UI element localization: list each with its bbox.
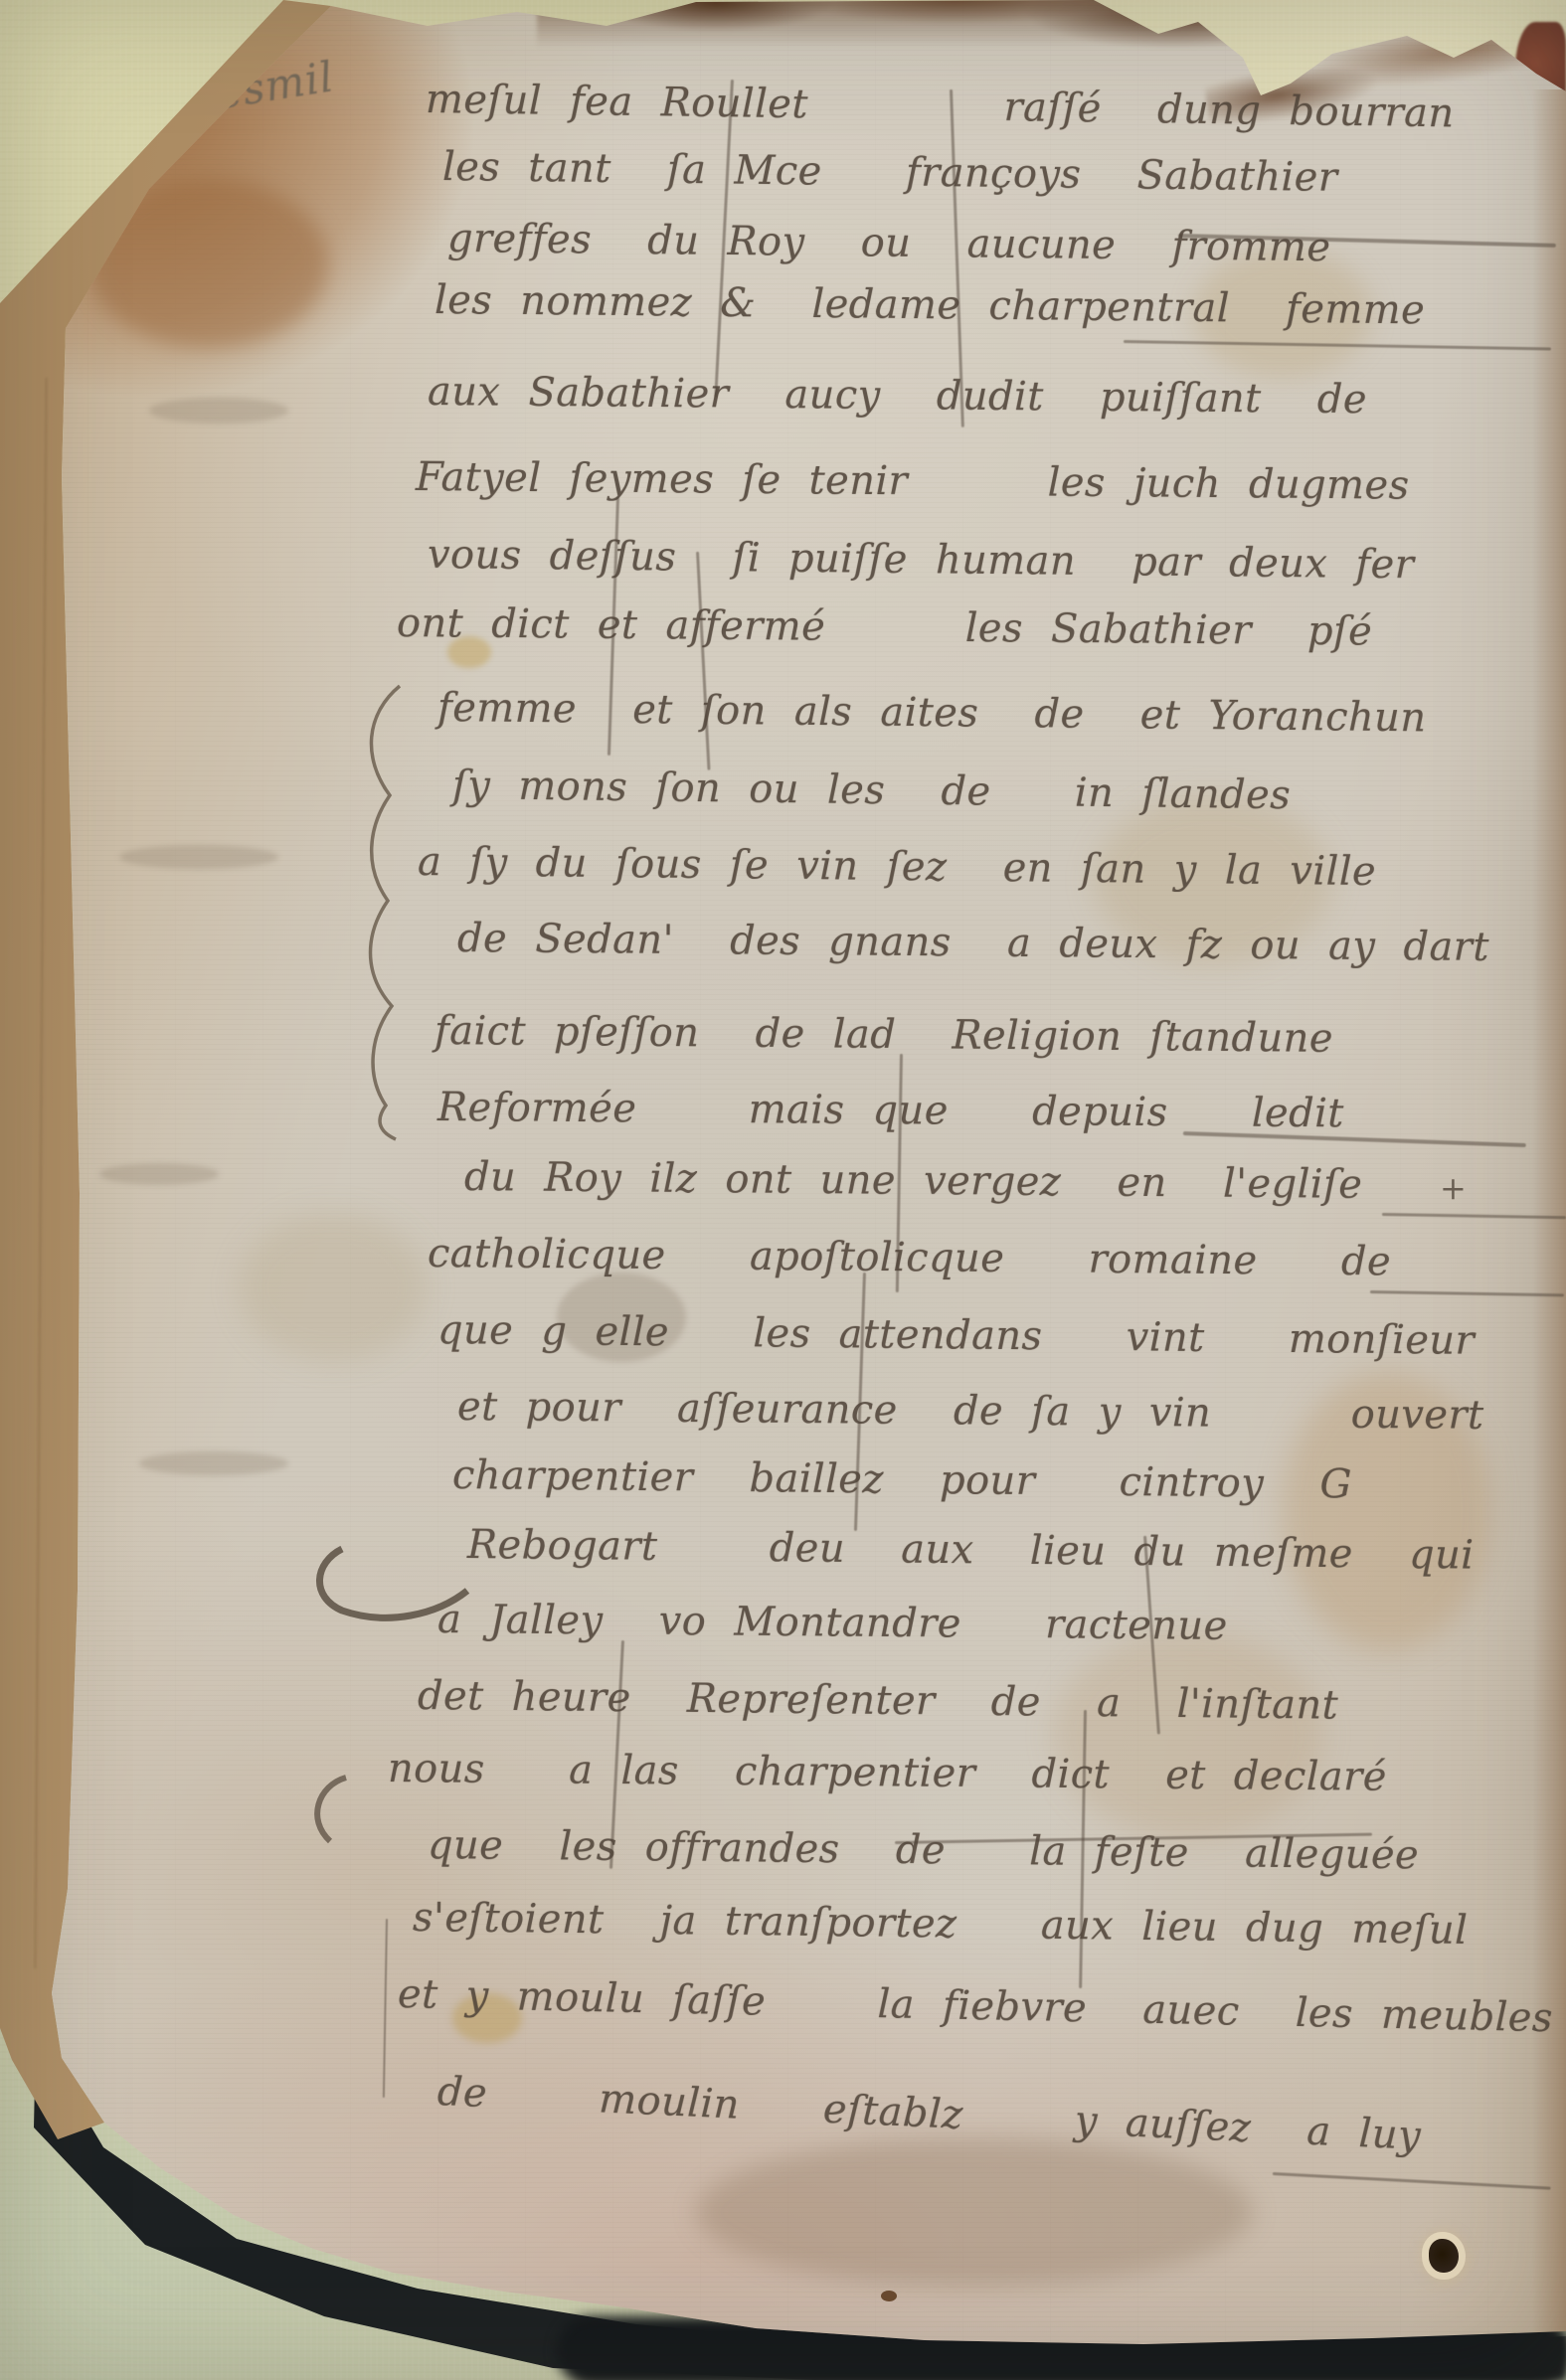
manuscript-line-12: de Sedan' des gnans a deux fz ou ay dart: [457, 919, 1489, 967]
manuscript-line-15: du Roy ilz ont une vergez en l'egliſe: [464, 1157, 1363, 1205]
manuscript-line-9: femme et ſon als aites de et Yoranchun: [437, 688, 1427, 738]
manuscript-photo: Serriesmil + meſul fea Roullet raſſé dun…: [0, 0, 1566, 2380]
verso-bleed: [139, 1451, 288, 1475]
manuscript-line-18: et pour aſſeurance de ſa y vin ouvert: [457, 1387, 1484, 1436]
manuscript-line-11: a ſy du ſous ſe vin ſez en ſan y la vill…: [418, 842, 1376, 892]
verso-bleed: [149, 398, 288, 424]
manuscript-line-24: que les offrandes de la feſte alleguée: [428, 1825, 1419, 1875]
manuscript-line-5: aux Sabathier aucy dudit puiſſant de: [428, 372, 1367, 420]
binding-crease: [34, 378, 47, 1968]
manuscript-line-4: les nommez & ledame charpentral femme: [435, 280, 1426, 330]
manuscript-line-16: catholicque apoſtolicque romaine de: [428, 1234, 1391, 1281]
manuscript-line-14: Reformée mais que depuis ledit: [437, 1088, 1344, 1133]
manuscript-page: Serriesmil + meſul fea Roullet raſſé dun…: [0, 0, 1566, 2380]
manuscript-line-20: Rebogart deu aux lieu du meſme qui: [467, 1525, 1475, 1576]
edge-grime: [696, 2137, 1253, 2287]
manuscript-line-3: greffes du Roy ou aucune fromme: [447, 219, 1331, 267]
manuscript-line-10: ſy mons ſon ou les de in ſlandes: [452, 765, 1292, 815]
verso-bleed: [99, 1163, 219, 1185]
manuscript-line-19: charpentier baillez pour cintroy G: [452, 1455, 1352, 1504]
wormhole: [1429, 2239, 1459, 2273]
manuscript-line-6: Fatyel ſeymes ſe tenir les juch dugmes: [416, 457, 1410, 506]
manuscript-line-13: faict pſeſſon de lad Religion ſtandune: [435, 1011, 1333, 1059]
manuscript-line-21: a Jalley vo Montandre ractenue: [437, 1600, 1228, 1646]
manuscript-line-2: les tant ſa Mce françoys Sabathier: [442, 147, 1338, 198]
manuscript-line-7: vous deſſus ſi puiſſe human par deux fer: [428, 535, 1415, 585]
fox-stain: [1054, 1630, 1322, 1839]
manuscript-line-17: que g elle les attendans vint monſieur: [437, 1310, 1475, 1361]
margin-plus-mark: +: [1440, 1169, 1467, 1207]
manuscript-line-8: ont dict et affermé les Sabathier pſé: [397, 603, 1373, 652]
fox-stain: [239, 1213, 428, 1362]
verso-bleed: [119, 845, 278, 869]
manuscript-line-23: nous a las charpentier dict et declaré: [388, 1749, 1387, 1797]
manuscript-line-22: det heure Repreſenter de a l'inſtant: [418, 1676, 1338, 1726]
paper-speck: [881, 2291, 897, 2301]
